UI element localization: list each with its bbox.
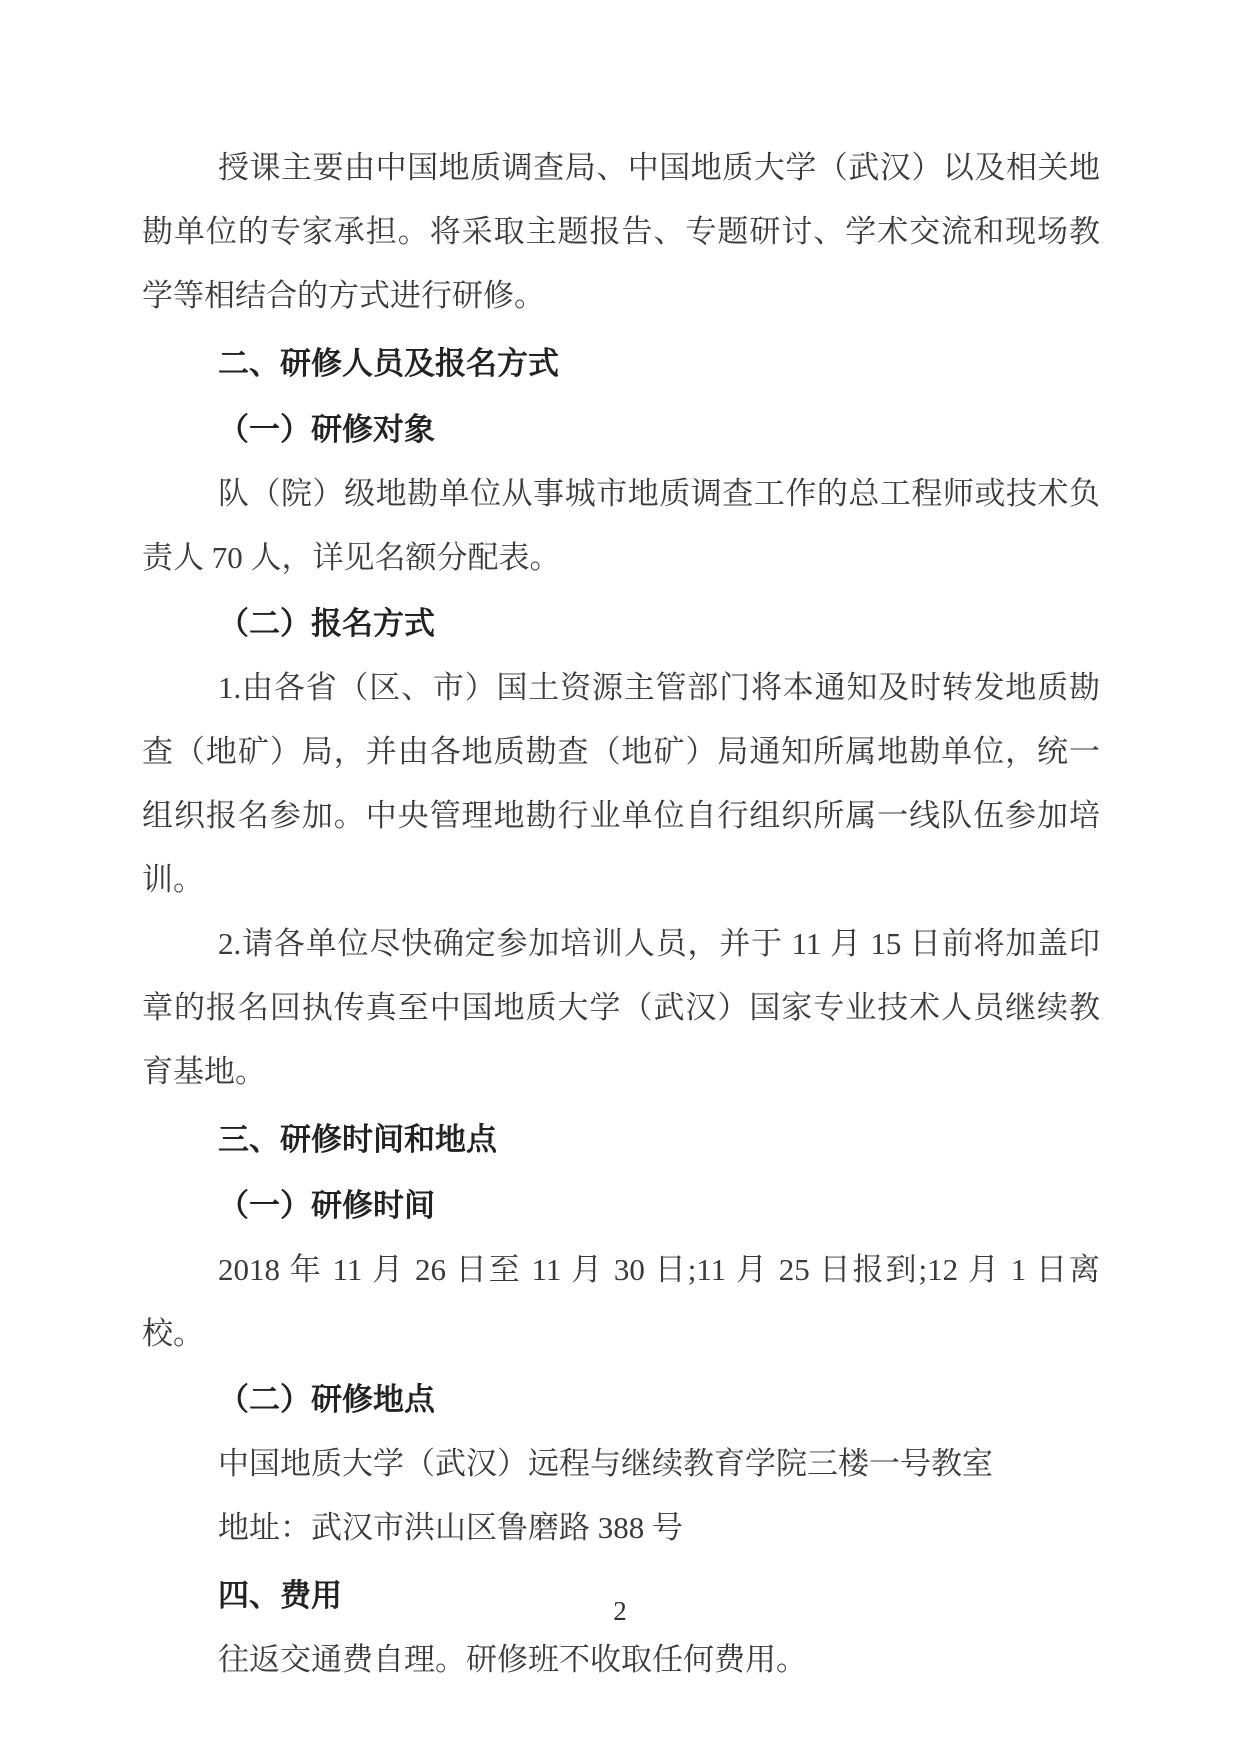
paragraph-teaching-method: 授课主要由中国地质调查局、中国地质大学（武汉）以及相关地勘单位的专家承担。将采取…: [142, 136, 1100, 328]
section-heading-2: 二、研修人员及报名方式: [142, 332, 1100, 396]
document-body: 授课主要由中国地质调查局、中国地质大学（武汉）以及相关地勘单位的专家承担。将采取…: [142, 136, 1100, 1692]
subsection-heading-2-2: （二）报名方式: [142, 592, 1100, 656]
paragraph-training-time: 2018 年 11 月 26 日至 11 月 30 日;11 月 25 日报到;…: [142, 1238, 1100, 1366]
page-footer: 2: [0, 1596, 1240, 1627]
paragraph-target-audience: 队（院）级地勘单位从事城市地质调查工作的总工程师或技术负责人 70 人，详见名额…: [142, 462, 1100, 590]
subsection-heading-2-1: （一）研修对象: [142, 398, 1100, 462]
subsection-heading-3-2: （二）研修地点: [142, 1368, 1100, 1432]
paragraph-fees: 往返交通费自理。研修班不收取任何费用。: [142, 1628, 1100, 1692]
paragraph-venue-address: 地址：武汉市洪山区鲁磨路 388 号: [142, 1496, 1100, 1560]
paragraph-training-venue: 中国地质大学（武汉）远程与继续教育学院三楼一号教室: [142, 1432, 1100, 1496]
subsection-heading-3-1: （一）研修时间: [142, 1174, 1100, 1238]
paragraph-registration-1: 1.由各省（区、市）国土资源主管部门将本通知及时转发地质勘查（地矿）局，并由各地…: [142, 656, 1100, 912]
section-heading-3: 三、研修时间和地点: [142, 1108, 1100, 1172]
paragraph-registration-2: 2.请各单位尽快确定参加培训人员，并于 11 月 15 日前将加盖印章的报名回执…: [142, 912, 1100, 1104]
page-number: 2: [613, 1596, 627, 1626]
document-page: 授课主要由中国地质调查局、中国地质大学（武汉）以及相关地勘单位的专家承担。将采取…: [0, 0, 1240, 1754]
